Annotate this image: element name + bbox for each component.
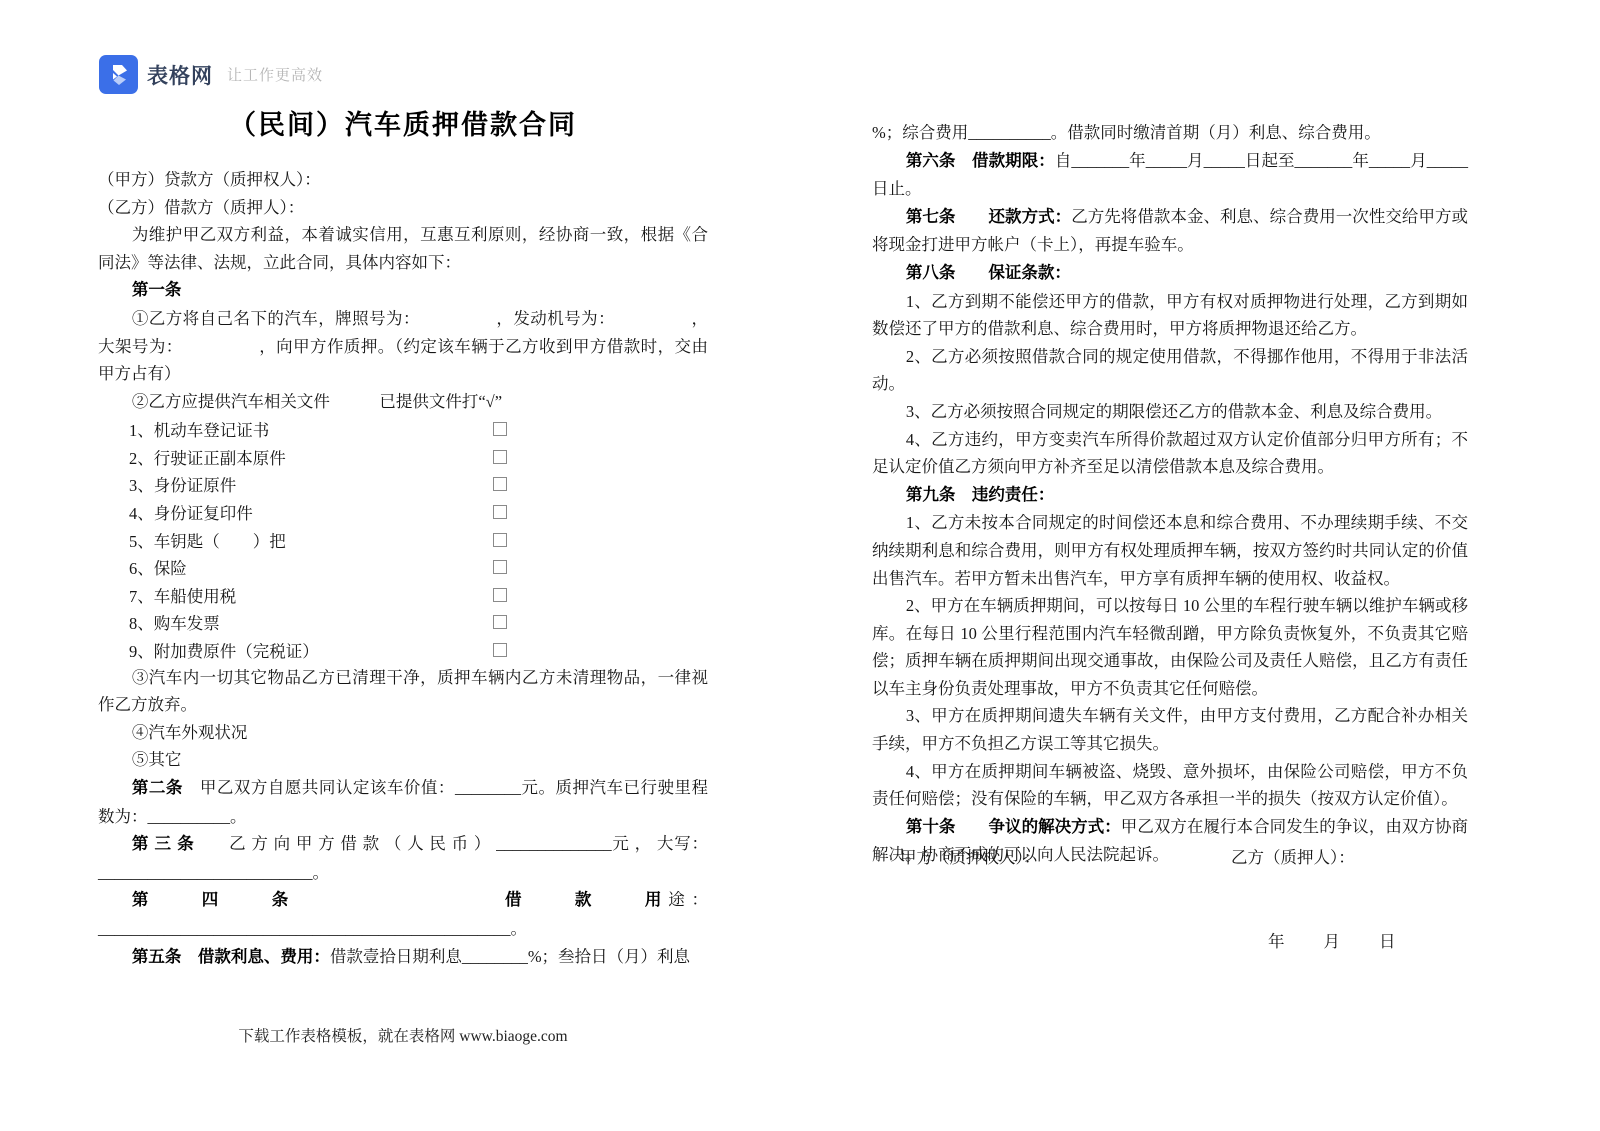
checkbox-icon [493,450,507,464]
contract-paragraph: 第七条 还款方式：乙方先将借款本金、利息、综合费用一次性交给甲方或将现金打进甲方… [872,203,1468,259]
checkbox-icon [493,615,507,629]
checkbox-icon [493,505,507,519]
checklist-item-label: 6、保险 [129,555,187,579]
contract-paragraph: 2、乙方必须按照借款合同的规定使用借款，不得挪作他用，不得用于非法活动。 [872,343,1468,398]
contract-paragraph: ①乙方将自己名下的汽车，牌照号为： ，发动机号为： ，大架号为： ，向甲方作质押… [98,305,708,388]
signature-party-a: 甲方（质押权人）： [900,844,1040,868]
contract-paragraph: 第五条 借款利息、费用：借款壹拾日期利息________%；叁拾日（月）利息 [98,943,708,972]
biaoge-logo-icon [99,55,138,94]
clause-heading-text: ： [1038,486,1055,504]
clause-body-text: 3、乙方必须按照合同规定的期限偿还乙方的借款本金、利息及综合费用。 [906,402,1442,421]
contract-paragraph: 第九条 违约责任： [872,481,1468,510]
checklist-row: 5、车钥匙（ ）把 [129,526,507,554]
clause-body-text: %；综合费用__________。借款同时缴清首期（月）利息、综合费用。 [872,123,1381,142]
contract-paragraph: 为维护甲乙双方利益，本着诚实信用，互惠互利原则，经协商一致，根据《合同法》等法律… [98,221,708,276]
clause-heading-text: 第 三 条 [132,835,195,853]
checklist-item-label: 1、机动车登记证书 [129,417,269,441]
clause-body-text: 借款壹拾日期利息________%；叁拾日（月）利息 [330,947,690,966]
footer-note: 下载工作表格模板，就在表格网 www.biaoge.com [98,1024,708,1046]
contract-paragraph: 第 四 条 借 款 用途：___________________________… [98,886,708,942]
contract-paragraph: 第二条 甲乙双方自愿共同认定该车价值：________元。质押汽车已行驶里程数为… [98,774,708,830]
signature-date-line: 年 月 日 [1268,928,1398,952]
clause-body-text: ④汽车外观状况 [132,723,248,742]
contract-paragraph: （乙方）借款方（质押人）： [98,194,708,222]
checklist-item-label: 9、附加费原件（完税证） [129,638,319,662]
clause-heading-text: 借 款 用 [505,891,668,909]
contract-paragraph: 2、甲方在车辆质押期间，可以按每日 10 公里的车程行驶车辆以维护车辆或移库。在… [872,592,1468,702]
checklist-row: 4、身份证复印件 [129,498,507,526]
document-title: （民间）汽车质押借款合同 [98,107,708,143]
clause-body-text: 为维护甲乙双方利益，本着诚实信用，互惠互利原则，经协商一致，根据《合同法》等法律… [98,225,708,272]
checklist-item-label: 7、车船使用税 [129,583,236,607]
checklist-row: 8、购车发票 [129,609,507,637]
contract-paragraph: 1、乙方到期不能偿还甲方的借款，甲方有权对质押物进行处理，乙方到期如数偿还了甲方… [872,288,1468,343]
contract-paragraph: 第 三 条 乙 方 向 甲 方 借 款 （ 人 民 币 ） __________… [98,830,708,886]
contract-paragraph: 第八条 保证条款： [872,259,1468,288]
brand-name: 表格网 [147,60,213,90]
clause-heading-text: 第五条 借款利息、费用： [132,948,330,966]
contract-paragraph: ③汽车内一切其它物品乙方已清理干净，质押车辆内乙方未清理物品，一律视作乙方放弃。 [98,664,708,719]
clause-body-text: （甲方）贷款方（质押权人）： [98,170,321,189]
contract-paragraph: 第一条 [98,276,708,305]
clause-body-text: 3、甲方在质押期间遗失车辆有关文件，由甲方支付费用，乙方配合补办相关手续，甲方不… [872,706,1468,753]
clause-body-text: ②乙方应提供汽车相关文件 [132,392,330,411]
clause-body-text: 甲乙双方自愿共同认定该车价值：________元。质押汽车已行驶里程数为：___… [98,778,708,826]
document-page: 表格网 让工作更高效 （民间）汽车质押借款合同 （甲方）贷款方（质押权人）：（乙… [0,0,1600,1131]
checkbox-icon [493,643,507,657]
brand-header: 表格网 让工作更高效 [99,55,323,94]
contract-paragraph: ⑤其它 [98,746,708,774]
contract-paragraph: 3、甲方在质押期间遗失车辆有关文件，由甲方支付费用，乙方配合补办相关手续，甲方不… [872,702,1468,757]
signature-party-b: 乙方（质押人）： [1231,844,1355,868]
checklist-row: 3、身份证原件 [129,471,507,499]
contract-paragraph: （甲方）贷款方（质押权人）： [98,166,708,194]
clause-heading-text: 第十条 争议的解决方式： [906,818,1121,836]
clause-heading-text: 第 四 条 [132,891,295,909]
contract-paragraph: ④汽车外观状况 [98,719,708,747]
clause-heading-text: 第一条 [132,281,182,299]
checkbox-icon [493,422,507,436]
checklist-item-label: 8、购车发票 [129,610,220,634]
clause-body-text: 4、甲方在质押期间车辆被盗、烧毁、意外损坏，由保险公司赔偿，甲方不负责任何赔偿；… [872,762,1468,809]
logo-glyph-icon [107,63,131,87]
contract-paragraph: 3、乙方必须按照合同规定的期限偿还乙方的借款本金、利息及综合费用。 [872,398,1468,426]
brand-tagline: 让工作更高效 [227,64,323,85]
checklist-item-label: 3、身份证原件 [129,472,236,496]
clause-body-text: ⑤其它 [132,750,182,769]
checkbox-icon [493,533,507,547]
clause-body-text: 2、甲方在车辆质押期间，可以按每日 10 公里的车程行驶车辆以维护车辆或移库。在… [872,596,1468,698]
clause-heading-text: 第六条 借款期限： [906,152,1055,170]
checklist-item-label: 2、行驶证正副本原件 [129,445,286,469]
clause-body-text: 1、乙方到期不能偿还甲方的借款，甲方有权对质押物进行处理，乙方到期如数偿还了甲方… [872,292,1468,339]
clause-body-text: 4、乙方违约，甲方变卖汽车所得价款超过双方认定价值部分归甲方所有；不足认定价值乙… [872,430,1468,477]
clause-body-text: 1、乙方未按本合同规定的时间偿还本息和综合费用、不办理续期手续、不交纳续期利息和… [872,513,1468,587]
checklist-row: 7、车船使用税 [129,581,507,609]
checklist-row: 9、附加费原件（完税证） [129,636,507,664]
clause-heading-text: 第九条 违约责任 [906,486,1038,504]
contract-paragraph: 第六条 借款期限：自_______年_____月_____日起至_______年… [872,147,1468,203]
clause-body-text [295,890,505,909]
checkbox-icon [493,560,507,574]
contract-paragraph: 4、甲方在质押期间车辆被盗、烧毁、意外损坏，由保险公司赔偿，甲方不负责任何赔偿；… [872,758,1468,813]
contract-paragraph: 1、乙方未按本合同规定的时间偿还本息和综合费用、不办理续期手续、不交纳续期利息和… [872,509,1468,592]
clause-heading-text: 第二条 [132,779,183,797]
checklist-row: 6、保险 [129,553,507,581]
clause-heading-text: 第七条 还款方式： [906,208,1071,226]
contract-left-blocks: （甲方）贷款方（质押权人）：（乙方）借款方（质押人）：为维护甲乙双方利益，本着诚… [98,166,708,971]
checkbox-icon [493,588,507,602]
clause-heading-text: 第八条 保证条款： [906,264,1071,282]
contract-paragraph: ②乙方应提供汽车相关文件 已提供文件打“√” [98,388,708,416]
clause-body-text: （乙方）借款方（质押人）： [98,198,304,217]
contract-paragraph: 4、乙方违约，甲方变卖汽车所得价款超过双方认定价值部分归甲方所有；不足认定价值乙… [872,426,1468,481]
contract-right-column: %；综合费用__________。借款同时缴清首期（月）利息、综合费用。第六条 … [872,119,1468,869]
clause-body-text: ①乙方将自己名下的汽车，牌照号为： ，发动机号为： ，大架号为： ，向甲方作质押… [98,309,708,383]
clause-body-text: 已提供文件打“√” [330,392,502,411]
checklist-item-label: 5、车钥匙（ ）把 [129,528,286,552]
checklist-row: 2、行驶证正副本原件 [129,443,507,471]
clause-body-text: 2、乙方必须按照借款合同的规定使用借款，不得挪作他用，不得用于非法活动。 [872,347,1468,394]
checklist-row: 1、机动车登记证书 [129,415,507,443]
contract-left-column: （民间）汽车质押借款合同 （甲方）贷款方（质押权人）：（乙方）借款方（质押人）：… [98,107,708,971]
clause-body-text: ③汽车内一切其它物品乙方已清理干净，质押车辆内乙方未清理物品，一律视作乙方放弃。 [98,668,708,715]
contract-paragraph: %；综合费用__________。借款同时缴清首期（月）利息、综合费用。 [872,119,1468,147]
checklist-item-label: 4、身份证复印件 [129,500,253,524]
checkbox-icon [493,477,507,491]
